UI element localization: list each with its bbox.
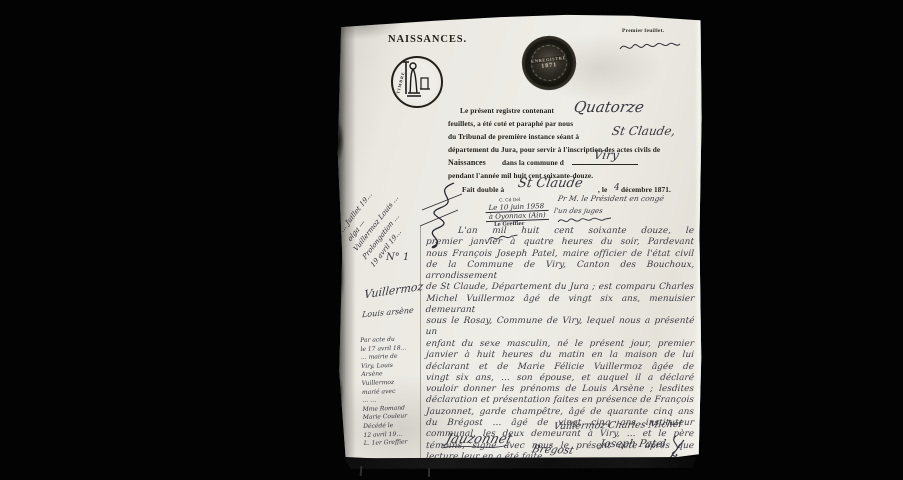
- decl-line2: feuillets, a été coté et paraphé par nou…: [448, 119, 573, 128]
- section-title: NAISSANCES.: [388, 34, 467, 45]
- decl-line7-day-handwritten: 4: [614, 183, 620, 193]
- spine-mark: [428, 468, 430, 477]
- first-sheet-label: Premier feuillet.: [622, 28, 664, 34]
- act-line: sous le Rosay, Commune de Viry, lequel n…: [425, 316, 695, 339]
- act-line: nous François Joseph Patel, maire offici…: [426, 249, 695, 260]
- decl-line5-bold: Naissances: [448, 158, 486, 167]
- decl-line7b: , le: [598, 185, 607, 194]
- book-page-block-edge: [344, 457, 696, 469]
- judge-signature-squiggle: [556, 214, 614, 226]
- act-line: enfant du sexe masculin, né le présent j…: [426, 339, 695, 350]
- act-line: Jauzonnet, garde champêtre, âgé de quara…: [426, 407, 695, 418]
- mayor-paraph-squiggle: [666, 434, 688, 460]
- act-line: janvier à huit heures du matin en la mai…: [426, 350, 695, 361]
- decl-line7a: Fait double à: [462, 185, 504, 194]
- decl-line7c: décembre 1871.: [621, 185, 671, 194]
- decl-line3: du Tribunal de première instance séant à: [448, 132, 579, 141]
- scan-backdrop: NAISSANCES. Premier feuillet. TIMBRE ENR…: [0, 0, 903, 480]
- court-note-line1: Pr M. le Président en congé: [557, 194, 665, 203]
- act-line: vouloir donner les prénoms de Louis Arsè…: [426, 384, 695, 395]
- seal-year: 1871: [541, 62, 558, 70]
- register-page: NAISSANCES. Premier feuillet. TIMBRE ENR…: [336, 14, 702, 466]
- registry-seal: ENREGISTRÉ 1871: [519, 33, 578, 92]
- act-line: L'an mil huit cent soixante douze, le: [426, 226, 695, 237]
- decl-line1: Le présent registre contenant: [460, 106, 554, 115]
- act-line: de St Claude, Département du Jura ; est …: [426, 282, 695, 293]
- act-line: Michel Vuillermoz âgé de vingt six ans, …: [425, 294, 695, 317]
- act-line: vingt six ans, … son épouse, et auquel i…: [426, 373, 695, 384]
- act-line: de la Commune de Viry, Canton des Boucho…: [425, 260, 695, 283]
- decl-line1-handwritten: Quatorze: [572, 98, 645, 116]
- timbre-stamp: TIMBRE: [391, 56, 443, 108]
- clerk-signature-squiggle: [618, 38, 682, 54]
- decl-line3-handwritten: St Claude,: [611, 124, 677, 138]
- spine-mark: [360, 466, 363, 476]
- act-line: premier janvier à quatre heures du soir,…: [426, 237, 695, 248]
- decl-line5-handwritten: Viry: [593, 148, 620, 162]
- registry-seal-center: ENREGISTRÉ 1871: [529, 43, 569, 83]
- margin-surname: Vuillermoz: [364, 280, 424, 302]
- mention-line: L. 1er Greffier: [364, 438, 422, 449]
- decl-line7-handwritten: St Claude: [517, 176, 584, 191]
- margin-given-names: Louis arsène: [362, 306, 414, 320]
- mayor-signature: Joseph Patel: [599, 438, 667, 450]
- act-number: N° 1: [386, 252, 409, 263]
- act-line: déclarant et de Marie Félicie Vuillermoz…: [426, 362, 695, 373]
- decl-line5: dans la commune d: [502, 158, 564, 167]
- act-line: déclaration et présentation faites en pr…: [426, 395, 695, 406]
- marginal-mention: Par acte du le 17 avril 18… … mairie de …: [360, 335, 422, 449]
- witness2-signature: Brégost: [530, 443, 575, 456]
- decl-line4: département du Jura, pour servir à l'ins…: [448, 145, 660, 154]
- page-right-edge-highlight: [695, 14, 702, 466]
- witness1-underline-flourish: [440, 442, 510, 452]
- declarant-signature: Vuillermoz Charles Michel: [553, 419, 683, 432]
